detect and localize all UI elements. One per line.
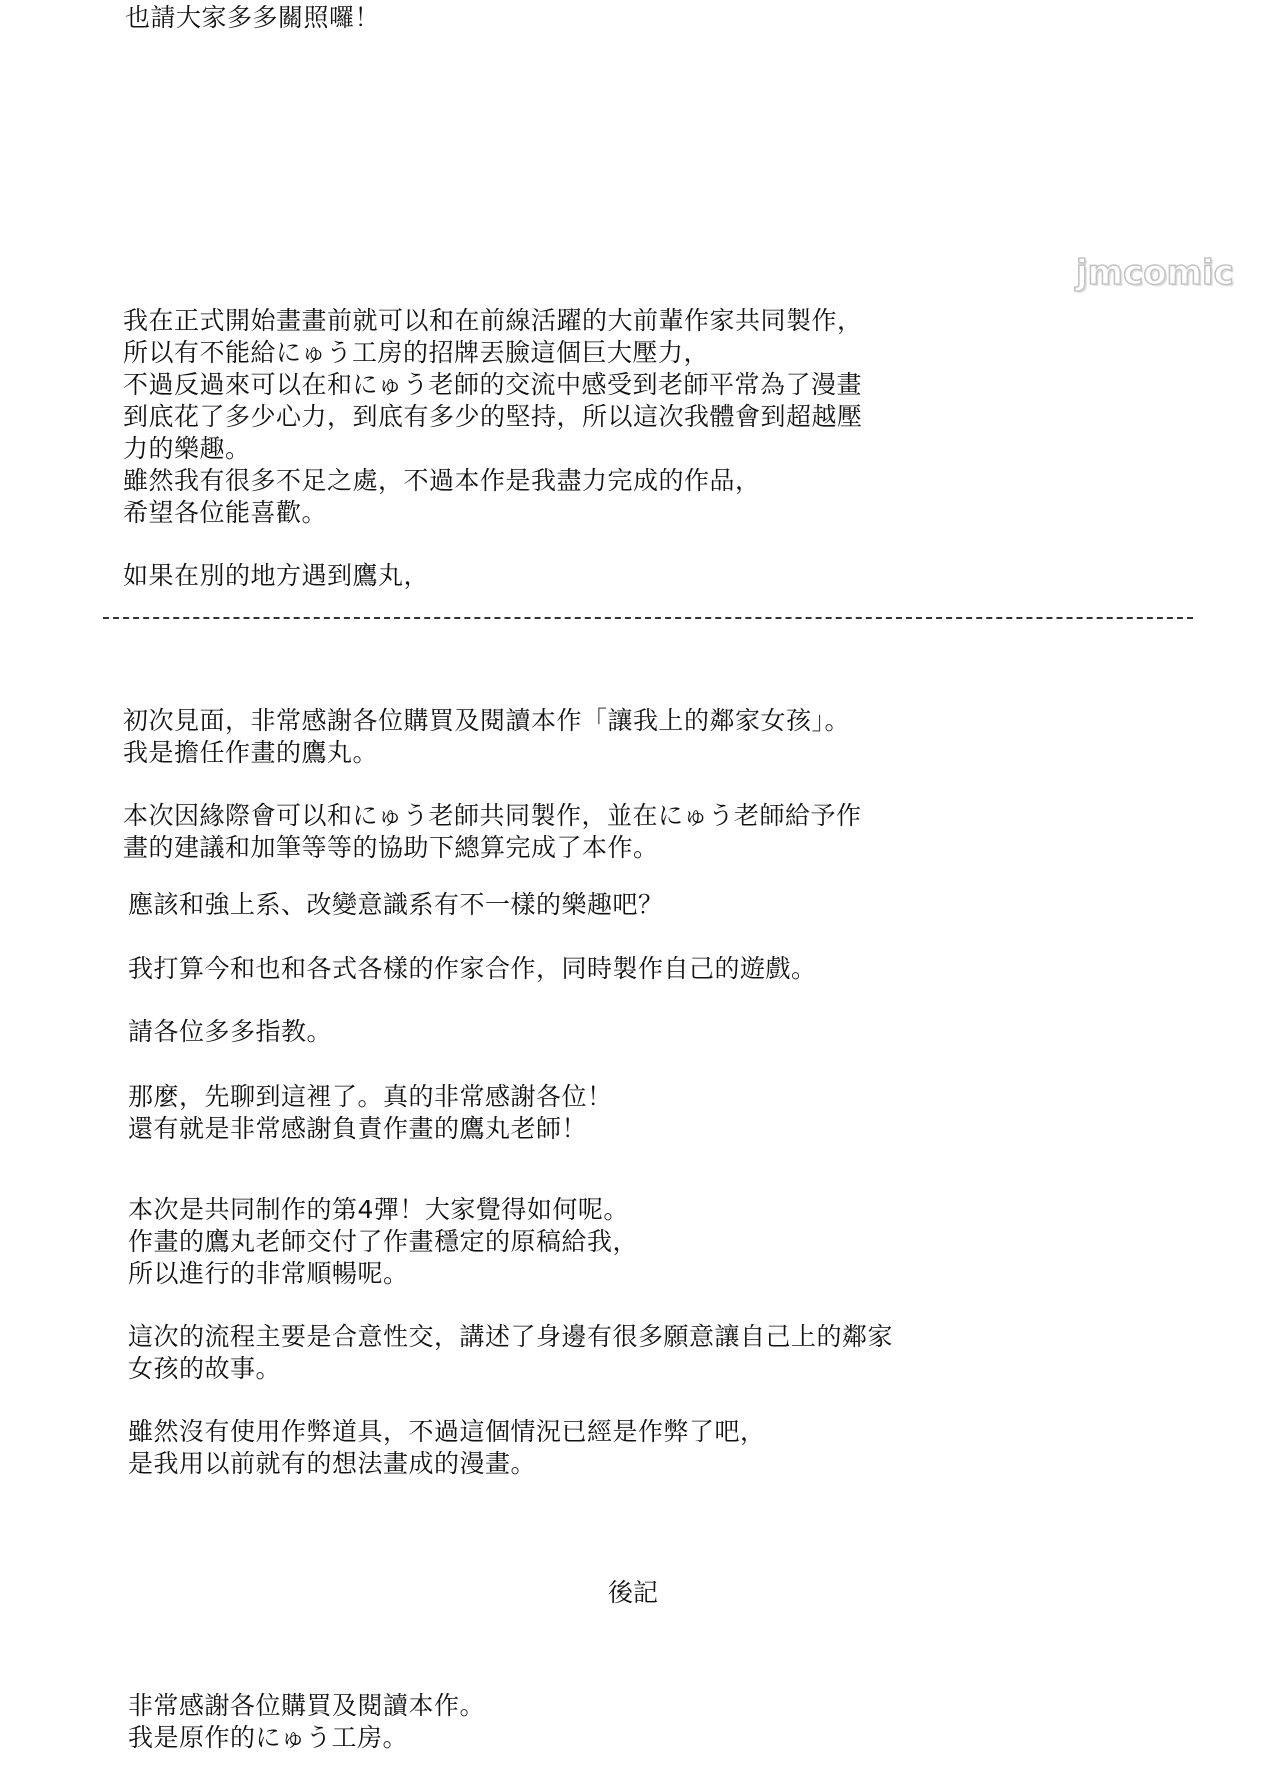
closing-greeting: 也請大家多多關照囉！: [125, 2, 380, 34]
thanks-paragraph: 那麼，先聊到這裡了。真的非常感謝各位！ 還有就是非常感謝負責作畫的鷹丸老師！: [128, 1081, 613, 1145]
text-line: 作畫的鷹丸老師交付了作畫穩定的原稿給我，: [128, 1226, 638, 1258]
text-line: 我是原作的にゅう工房。: [128, 1722, 485, 1754]
closing-line: 如果在別的地方遇到鷹丸，: [123, 560, 429, 592]
text-line: 我是擔任作畫的鷹丸。: [123, 737, 850, 769]
text-line: 雖然沒有使用作弊道具，不過這個情況已經是作弊了吧，: [128, 1416, 766, 1448]
text-line: 不過反過來可以在和にゅう老師的交流中感受到老師平常為了漫畫: [123, 369, 863, 401]
text-line: 雖然我有很多不足之處，不過本作是我盡力完成的作品，: [123, 465, 863, 497]
story-summary-paragraph: 這次的流程主要是合意性交，講述了身邊有很多願意讓自己上的鄰家 女孩的故事。: [128, 1321, 893, 1385]
text-line: 是我用以前就有的想法畫成的漫畫。: [128, 1448, 766, 1480]
text-line: 本次因緣際會可以和にゅう老師共同製作，並在にゅう老師給予作: [123, 800, 862, 832]
text-line: 力的樂趣。: [123, 433, 863, 465]
author-intro-paragraph: 非常感謝各位購買及閱讀本作。 我是原作的にゅう工房。: [128, 1690, 485, 1754]
text-line: 所以進行的非常順暢呢。: [128, 1258, 638, 1290]
text-line: 畫的建議和加筆等等的協助下總算完成了本作。: [123, 832, 862, 864]
text-line: 這次的流程主要是合意性交，講述了身邊有很多願意讓自己上的鄰家: [128, 1321, 893, 1353]
text-line: 初次見面，非常感謝各位購買及閱讀本作「讓我上的鄰家女孩」。: [123, 705, 850, 737]
text-line: 希望各位能喜歡。: [123, 497, 863, 529]
illustrator-message-paragraph: 我在正式開始畫畫前就可以和在前線活躍的大前輩作家共同製作， 所以有不能給にゅう工…: [123, 305, 863, 529]
watermark-logo: jmcomic: [1076, 253, 1271, 293]
illustrator-intro-paragraph: 初次見面，非常感謝各位購買及閱讀本作「讓我上的鄰家女孩」。 我是擔任作畫的鷹丸。: [123, 705, 850, 769]
section-divider: [103, 617, 1193, 619]
text-line: 還有就是非常感謝負責作畫的鷹丸老師！: [128, 1113, 613, 1145]
request-line: 請各位多多指教。: [128, 1016, 332, 1048]
text-line: 所以有不能給にゅう工房的招牌丟臉這個巨大壓力，: [123, 337, 863, 369]
text-line: 非常感謝各位購買及閱讀本作。: [128, 1690, 485, 1722]
text-line: 那麼，先聊到這裡了。真的非常感謝各位！: [128, 1081, 613, 1113]
fourth-collab-paragraph: 本次是共同制作的第4彈！大家覺得如何呢。 作畫的鷹丸老師交付了作畫穩定的原稿給我…: [128, 1194, 638, 1290]
concept-paragraph: 雖然沒有使用作弊道具，不過這個情況已經是作弊了吧， 是我用以前就有的想法畫成的漫…: [128, 1416, 766, 1480]
collaboration-paragraph: 本次因緣際會可以和にゅう老師共同製作，並在にゅう老師給予作 畫的建議和加筆等等的…: [123, 800, 862, 864]
future-plans-line: 我打算今和也和各式各樣的作家合作，同時製作自己的遊戲。: [128, 953, 817, 985]
text-line: 女孩的故事。: [128, 1353, 893, 1385]
text-line: 到底花了多少心力，到底有多少的堅持，所以這次我體會到超越壓: [123, 401, 863, 433]
text-line: 我在正式開始畫畫前就可以和在前線活躍的大前輩作家共同製作，: [123, 305, 863, 337]
text-line: 本次是共同制作的第4彈！大家覺得如何呢。: [128, 1194, 638, 1226]
fun-question-line: 應該和強上系、改變意識系有不一樣的樂趣吧？: [128, 889, 664, 921]
afterword-title: 後記: [608, 1577, 658, 1609]
